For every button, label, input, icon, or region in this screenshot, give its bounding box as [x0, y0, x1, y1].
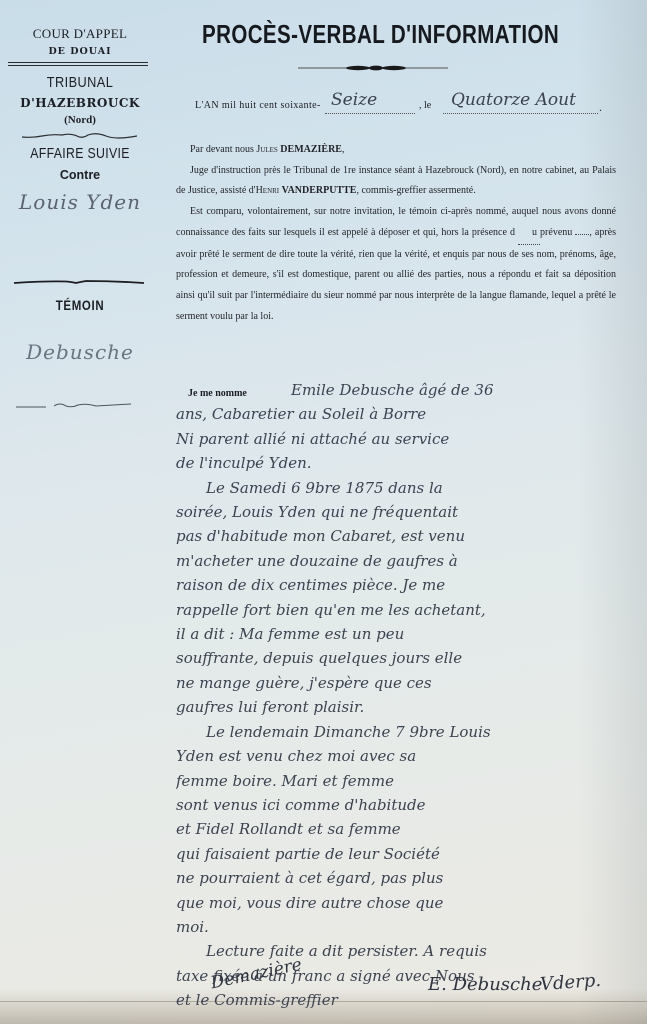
swell-rule-divider: [14, 278, 144, 286]
department: (Nord): [0, 114, 160, 126]
witness-signature: E. Debusche: [428, 974, 542, 995]
preamble-prefix: Par devant nous: [190, 144, 254, 155]
court-name: COUR D'APPEL: [0, 26, 160, 42]
left-margin-column: COUR D'APPEL DE DOUAI TRIBUNAL D'HAZEBRO…: [0, 0, 160, 1024]
preamble-blank-1: u: [518, 223, 540, 245]
date-day-handwritten: Quatorze Aout: [443, 90, 598, 114]
case-label: AFFAIRE SUIVIE: [14, 145, 145, 162]
deposition-line: soirée, Louis Yden qui ne fréquentait: [176, 500, 631, 524]
witness-name-handwritten: Debusche: [10, 340, 150, 364]
accused-name-handwritten: Louis Yden: [10, 190, 150, 214]
tilde-ornament-divider: [16, 400, 131, 410]
deposition-line: Emile Debusche âgé de 36: [176, 378, 631, 402]
deposition-line: moi.: [176, 915, 631, 939]
deposition-line: raison de dix centimes pièce. Je me: [176, 573, 631, 597]
deposition-line: Le Samedi 6 9bre 1875 dans la: [176, 476, 631, 500]
witness-label: TÉMOIN: [14, 297, 145, 313]
clerk-signature: Vderp.: [539, 970, 601, 995]
deposition-line: Yden est venu chez moi avec sa: [176, 744, 631, 768]
deposition-line: ne mange guère, j'espère que ces: [176, 671, 631, 695]
deposition-line: sont venus ici comme d'habitude: [176, 793, 631, 817]
court-city: DE DOUAI: [0, 46, 160, 57]
document-title: PROCÈS-VERBAL D'INFORMATION: [202, 19, 486, 50]
printed-preamble: Par devant nous Jules DEMAZIÈRE, Juge d'…: [176, 140, 616, 327]
date-end-period: .: [599, 100, 602, 115]
preamble-oath-text-b: , après avoir prêté le serment de dire t…: [176, 227, 616, 322]
preamble-paragraph-1: Par devant nous Jules DEMAZIÈRE,: [176, 140, 616, 161]
deposition-line: gaufres lui feront plaisir.: [176, 695, 631, 719]
date-year-handwritten: Seize: [325, 90, 415, 114]
deposition-line: Ni parent allié ni attaché au service: [176, 427, 631, 451]
preamble-blank-2: [575, 234, 589, 235]
deposition-line: qui faisaient partie de leur Société: [176, 842, 631, 866]
handwritten-deposition: Emile Debusche âgé de 36 ans, Cabaretier…: [176, 378, 631, 1013]
judge-last-name: DEMAZIÈRE: [280, 144, 342, 155]
deposition-line: ne pourraient à cet égard, pas plus: [176, 866, 631, 890]
date-separator: , le: [419, 100, 431, 111]
deposition-line: ans, Cabaretier au Soleil à Borre: [176, 402, 631, 426]
date-prefix: L'AN mil huit cent soixante-: [195, 100, 321, 111]
clerk-last-name: VANDERPUTTE: [282, 185, 357, 196]
date-line: L'AN mil huit cent soixante- Seize , le …: [195, 94, 615, 134]
deposition-line: de l'inculpé Yden.: [176, 451, 631, 475]
judge-first-name: Jules: [256, 144, 277, 155]
preamble-prevenu: prévenu: [540, 227, 572, 238]
wavy-ornament-divider: [22, 131, 137, 141]
deposition-line: et Fidel Rollandt et sa femme: [176, 817, 631, 841]
deposition-line: que moi, vous dire autre chose que: [176, 891, 631, 915]
deposition-line: pas d'habitude mon Cabaret, est venu: [176, 524, 631, 548]
deposition-line: Le lendemain Dimanche 7 9bre Louis: [176, 720, 631, 744]
tribunal-city: D'HAZEBROUCK: [0, 96, 160, 110]
double-rule-divider: [8, 62, 148, 66]
tribunal-label: TRIBUNAL: [12, 74, 148, 91]
title-ornament-divider: [298, 64, 448, 72]
deposition-line: femme boire. Mari et femme: [176, 769, 631, 793]
deposition-line: il a dit : Ma femme est un peu: [176, 622, 631, 646]
preamble-clerk-text: , commis-greffier assermenté.: [356, 185, 475, 196]
preamble-paragraph-3: Est comparu, volontairement, sur notre i…: [176, 202, 616, 327]
clerk-first-name: Henri: [256, 185, 280, 196]
signature-block: Demazière E. Debusche Vderp.: [200, 952, 630, 1012]
deposition-line: souffrante, depuis quelques jours elle: [176, 646, 631, 670]
judge-signature: Demazière: [209, 955, 304, 994]
deposition-line: rappelle fort bien qu'en me les achetant…: [176, 598, 631, 622]
deposition-line: m'acheter une douzaine de gaufres à: [176, 549, 631, 573]
preamble-paragraph-2: Juge d'instruction près le Tribunal de 1…: [176, 161, 616, 202]
against-label: Contre: [0, 168, 160, 182]
